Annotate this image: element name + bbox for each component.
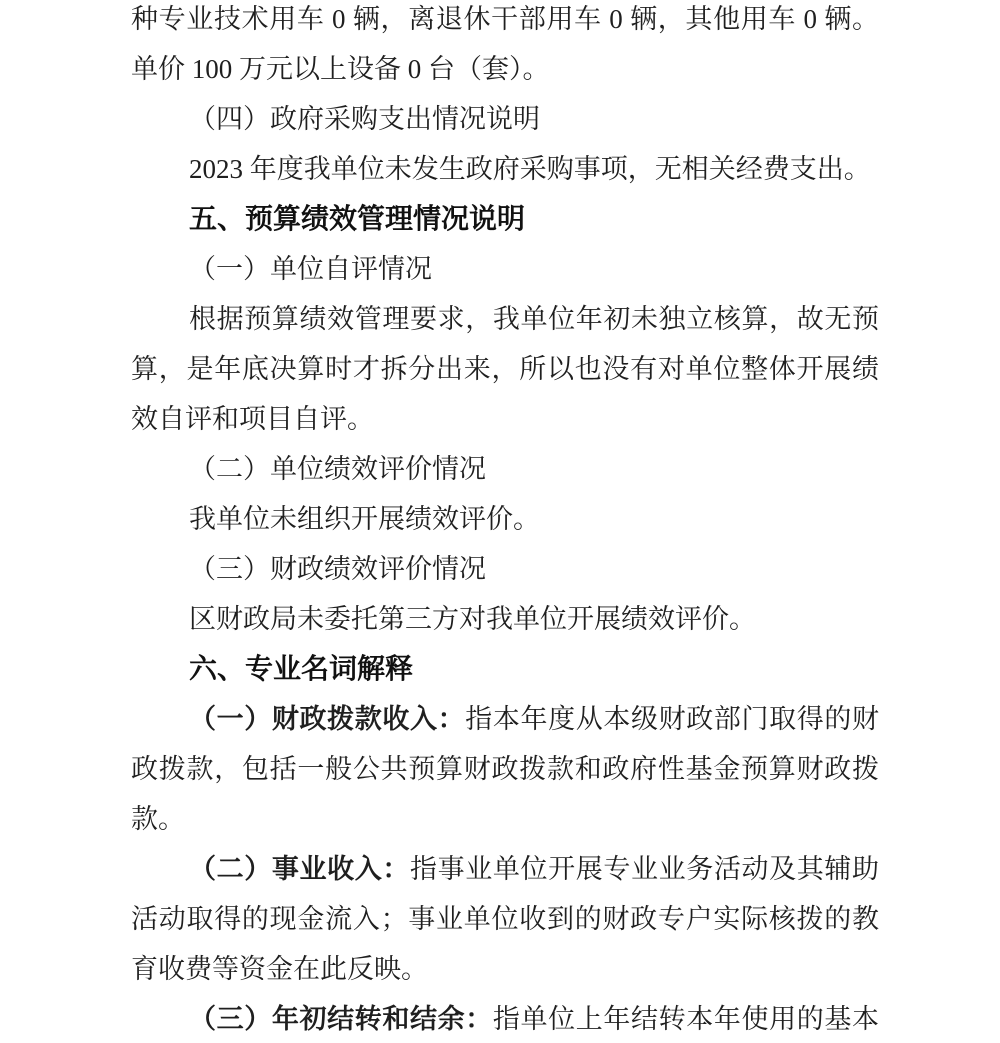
body-line-self-eval-3: 效自评和项目自评。 xyxy=(131,394,879,444)
body-line-vehicle-counts: 种专业技术用车 0 辆，离退休干部用车 0 辆，其他用车 0 辆。 xyxy=(131,0,879,44)
body-line-self-eval-2: 算，是年底决算时才拆分出来，所以也没有对单位整体开展绩 xyxy=(131,344,879,394)
term-label: （一）财政拨款收入： xyxy=(189,704,465,734)
section-heading-5-budget-performance: 五、预算绩效管理情况说明 xyxy=(131,194,879,244)
body-line-procurement-note: 2023 年度我单位未发生政府采购事项，无相关经费支出。 xyxy=(131,144,879,194)
body-line-self-eval-1: 根据预算绩效管理要求，我单位年初未独立核算，故无预 xyxy=(131,294,879,344)
term-label: （三）年初结转和结余： xyxy=(189,1004,493,1034)
sub-heading-unit-performance-eval: （二）单位绩效评价情况 xyxy=(131,444,879,494)
term-line-operating-income: （二）事业收入：指事业单位开展专业业务活动及其辅助 xyxy=(131,844,879,894)
term-line-fiscal-appropriation-cont: 政拨款，包括一般公共预算财政拨款和政府性基金预算财政拨 xyxy=(131,744,879,794)
term-line-carryover-balance: （三）年初结转和结余：指单位上年结转本年使用的基本 xyxy=(131,994,879,1043)
sub-heading-self-evaluation: （一）单位自评情况 xyxy=(131,244,879,294)
term-definition-text: 指本年度从本级财政部门取得的财 xyxy=(465,704,879,734)
sub-heading-gov-procurement: （四）政府采购支出情况说明 xyxy=(131,94,879,144)
body-line-fiscal-eval: 区财政局未委托第三方对我单位开展绩效评价。 xyxy=(131,594,879,644)
term-label: （二）事业收入： xyxy=(189,854,410,884)
term-line-fiscal-appropriation-income: （一）财政拨款收入：指本年度从本级财政部门取得的财 xyxy=(131,694,879,744)
section-heading-6-glossary: 六、专业名词解释 xyxy=(131,644,879,694)
document-page: 种专业技术用车 0 辆，离退休干部用车 0 辆，其他用车 0 辆。 单价 100… xyxy=(131,0,879,1043)
term-definition-text: 指单位上年结转本年使用的基本 xyxy=(493,1004,879,1034)
term-definition-text: 指事业单位开展专业业务活动及其辅助 xyxy=(410,854,879,884)
term-line-operating-income-cont: 活动取得的现金流入；事业单位收到的财政专户实际核拨的教 xyxy=(131,894,879,944)
term-line-operating-income-end: 育收费等资金在此反映。 xyxy=(131,944,879,994)
term-line-fiscal-appropriation-end: 款。 xyxy=(131,794,879,844)
body-line-equipment-count: 单价 100 万元以上设备 0 台（套）。 xyxy=(131,44,879,94)
sub-heading-fiscal-performance-eval: （三）财政绩效评价情况 xyxy=(131,544,879,594)
body-line-unit-eval: 我单位未组织开展绩效评价。 xyxy=(131,494,879,544)
